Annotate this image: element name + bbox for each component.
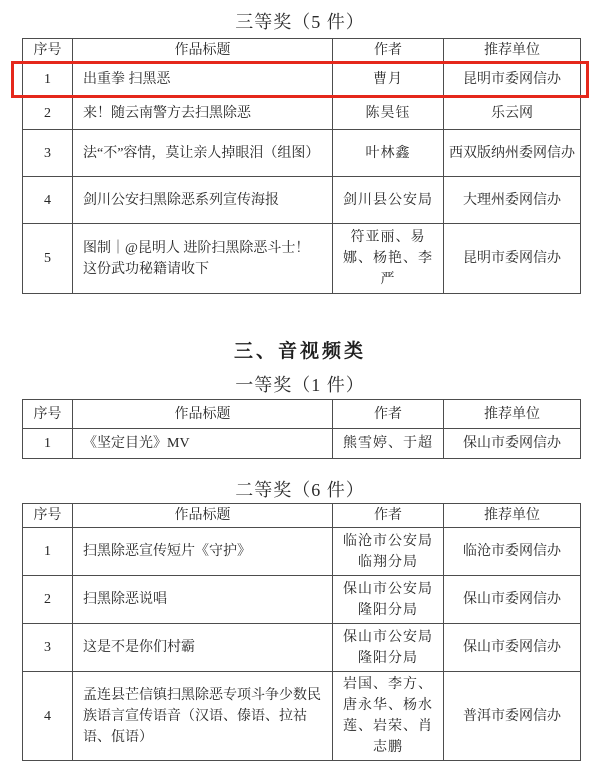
table-row: 5图制｜@昆明人 进阶扫黑除恶斗士！这份武功秘籍请收下符亚丽、易娜、杨艳、李严昆… (23, 224, 581, 294)
cell-unit: 保山市委网信办 (444, 576, 581, 624)
cell-unit: 临沧市委网信办 (444, 528, 581, 576)
cell-unit: 乐云网 (444, 97, 581, 130)
table-row: 3这是不是你们村霸保山市公安局隆阳分局保山市委网信办 (23, 624, 581, 672)
table-row: 3法“不”容情，莫让亲人掉眼泪（组图）叶林鑫西双版纳州委网信办 (23, 130, 581, 177)
table-row: 2扫黑除恶说唱保山市公安局隆阳分局保山市委网信办 (23, 576, 581, 624)
cell-title: 扫黑除恶宣传短片《守护》 (73, 528, 333, 576)
table-row: 1扫黑除恶宣传短片《守护》临沧市公安局临翔分局临沧市委网信办 (23, 528, 581, 576)
column-header: 推荐单位 (444, 400, 581, 429)
header-row: 序号作品标题作者推荐单位 (23, 39, 581, 63)
cell-unit: 西双版纳州委网信办 (444, 130, 581, 177)
cell-author: 叶林鑫 (333, 130, 444, 177)
header-row: 序号作品标题作者推荐单位 (23, 504, 581, 528)
cell-index: 2 (23, 576, 73, 624)
table-row: 4剑川公安扫黑除恶系列宣传海报剑川县公安局大理州委网信办 (23, 177, 581, 224)
cell-unit: 保山市委网信办 (444, 624, 581, 672)
cell-index: 3 (23, 130, 73, 177)
column-header: 作者 (333, 504, 444, 528)
cell-title: 扫黑除恶说唱 (73, 576, 333, 624)
cell-title: 这是不是你们村霸 (73, 624, 333, 672)
cell-index: 4 (23, 672, 73, 761)
cell-unit: 大理州委网信办 (444, 177, 581, 224)
second-prize-caption: 二等奖（6 件） (0, 476, 600, 502)
cell-author: 临沧市公安局临翔分局 (333, 528, 444, 576)
cell-unit: 昆明市委网信办 (444, 63, 581, 97)
cell-index: 5 (23, 224, 73, 294)
cell-unit: 普洱市委网信办 (444, 672, 581, 761)
column-header: 作品标题 (73, 400, 333, 429)
column-header: 序号 (23, 504, 73, 528)
cell-author: 保山市公安局隆阳分局 (333, 624, 444, 672)
cell-title: 《坚定目光》MV (73, 429, 333, 459)
column-header: 作品标题 (73, 504, 333, 528)
cell-author: 熊雪婷、于超 (333, 429, 444, 459)
cell-index: 1 (23, 528, 73, 576)
category-heading: 三、音视频类 (0, 336, 600, 363)
cell-index: 2 (23, 97, 73, 130)
cell-title: 图制｜@昆明人 进阶扫黑除恶斗士！这份武功秘籍请收下 (73, 224, 333, 294)
cell-author: 符亚丽、易娜、杨艳、李严 (333, 224, 444, 294)
cell-title: 剑川公安扫黑除恶系列宣传海报 (73, 177, 333, 224)
cell-author: 保山市公安局隆阳分局 (333, 576, 444, 624)
cell-index: 3 (23, 624, 73, 672)
cell-author: 剑川县公安局 (333, 177, 444, 224)
first-prize-caption: 一等奖（1 件） (0, 371, 600, 397)
cell-index: 1 (23, 63, 73, 97)
document-page: 三等奖（5 件） 序号作品标题作者推荐单位1出重拳 扫黑恶曹月昆明市委网信办2来… (0, 0, 600, 765)
column-header: 作者 (333, 400, 444, 429)
table-row: 1出重拳 扫黑恶曹月昆明市委网信办 (23, 63, 581, 97)
column-header: 推荐单位 (444, 39, 581, 63)
cell-index: 1 (23, 429, 73, 459)
cell-author: 岩国、李方、唐永华、杨水莲、岩荣、肖志鹏 (333, 672, 444, 761)
cell-title: 来！随云南警方去扫黑除恶 (73, 97, 333, 130)
cell-title: 孟连县芒信镇扫黑除恶专项斗争少数民族语言宣传语音（汉语、傣语、拉祜语、佤语） (73, 672, 333, 761)
cell-author: 曹月 (333, 63, 444, 97)
column-header: 作者 (333, 39, 444, 63)
cell-index: 4 (23, 177, 73, 224)
cell-title: 出重拳 扫黑恶 (73, 63, 333, 97)
table-row: 1《坚定目光》MV熊雪婷、于超保山市委网信办 (23, 429, 581, 459)
table-row: 4孟连县芒信镇扫黑除恶专项斗争少数民族语言宣传语音（汉语、傣语、拉祜语、佤语）岩… (23, 672, 581, 761)
first-prize-table: 序号作品标题作者推荐单位1《坚定目光》MV熊雪婷、于超保山市委网信办 (22, 399, 581, 459)
cell-title: 法“不”容情，莫让亲人掉眼泪（组图） (73, 130, 333, 177)
second-prize-table: 序号作品标题作者推荐单位1扫黑除恶宣传短片《守护》临沧市公安局临翔分局临沧市委网… (22, 503, 581, 761)
third-prize-table: 序号作品标题作者推荐单位1出重拳 扫黑恶曹月昆明市委网信办2来！随云南警方去扫黑… (22, 38, 581, 294)
column-header: 序号 (23, 39, 73, 63)
header-row: 序号作品标题作者推荐单位 (23, 400, 581, 429)
cell-unit: 昆明市委网信办 (444, 224, 581, 294)
column-header: 作品标题 (73, 39, 333, 63)
cell-author: 陈昊钰 (333, 97, 444, 130)
third-prize-caption: 三等奖（5 件） (0, 8, 600, 34)
column-header: 序号 (23, 400, 73, 429)
table-row: 2来！随云南警方去扫黑除恶陈昊钰乐云网 (23, 97, 581, 130)
cell-unit: 保山市委网信办 (444, 429, 581, 459)
column-header: 推荐单位 (444, 504, 581, 528)
